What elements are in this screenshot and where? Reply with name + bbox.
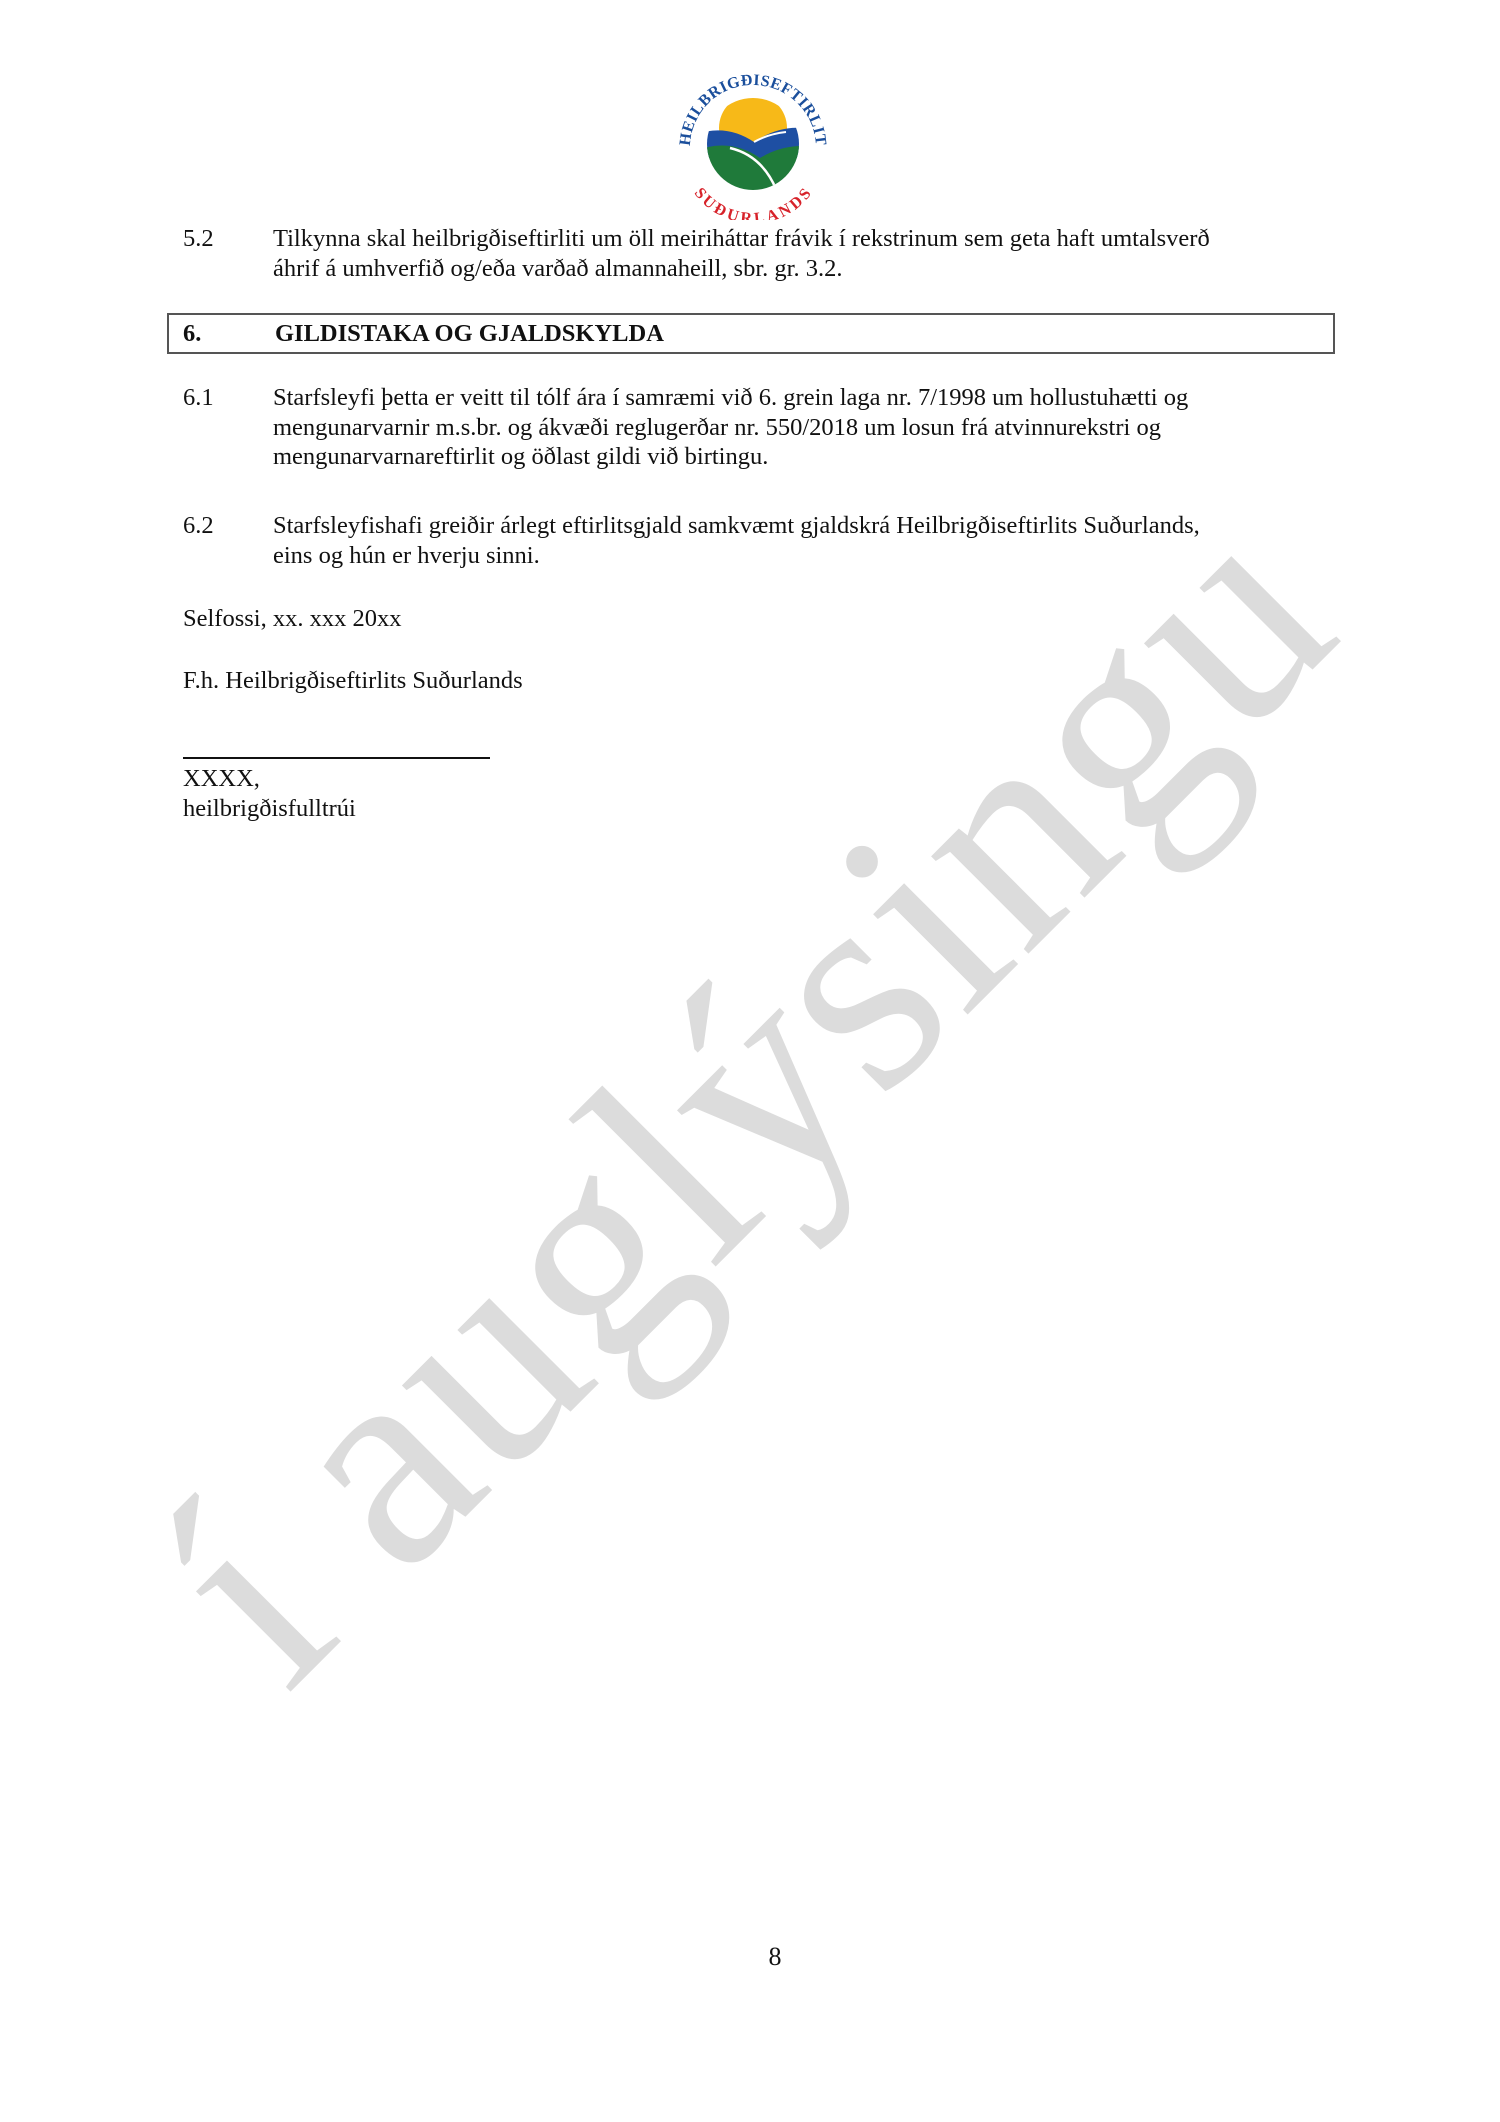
organization-logo-icon: HEILBRIGÐISEFTIRLIT SUÐURLANDS [668, 62, 838, 220]
clause-text-line: áhrif á umhverfið og/eða varðað almannah… [273, 254, 1328, 284]
signatory-name: XXXX, [183, 764, 260, 794]
clause-5-2: 5.2 Tilkynna skal heilbrigðiseftirliti u… [183, 224, 1328, 283]
clause-number: 6.1 [183, 383, 214, 413]
svg-text:SUÐURLANDS: SUÐURLANDS [691, 185, 815, 220]
section-number: 6. [183, 320, 201, 348]
watermark: í auglýsingu [93, 443, 1397, 1747]
signature-line [183, 757, 490, 759]
on-behalf-of: F.h. Heilbrigðiseftirlits Suðurlands [183, 666, 523, 696]
clause-6-2: 6.2 Starfsleyfishafi greiðir árlegt efti… [183, 511, 1328, 570]
signatory-title: heilbrigðisfulltrúi [183, 794, 356, 824]
clause-text-line: eins og hún er hverju sinni. [273, 541, 1328, 571]
section-title: GILDISTAKA OG GJALDSKYLDA [275, 320, 664, 348]
clause-6-1: 6.1 Starfsleyfi þetta er veitt til tólf … [183, 383, 1328, 472]
clause-number: 5.2 [183, 224, 214, 254]
clause-text-line: Starfsleyfishafi greiðir árlegt eftirlit… [273, 511, 1328, 541]
document-page: í auglýsingu HEILBRIGÐISEFTIRLIT SUÐURLA… [0, 0, 1500, 2122]
section-heading-6: 6. GILDISTAKA OG GJALDSKYLDA [167, 313, 1335, 354]
clause-number: 6.2 [183, 511, 214, 541]
clause-text-line: mengunarvarnareftirlit og öðlast gildi v… [273, 442, 1328, 472]
clause-text-line: Tilkynna skal heilbrigðiseftirliti um öl… [273, 224, 1328, 254]
clause-text-line: mengunarvarnir m.s.br. og ákvæði regluge… [273, 413, 1328, 443]
clause-text-line: Starfsleyfi þetta er veitt til tólf ára … [273, 383, 1328, 413]
page-number: 8 [0, 1942, 1500, 1972]
place-and-date: Selfossi, xx. xxx 20xx [183, 604, 401, 634]
